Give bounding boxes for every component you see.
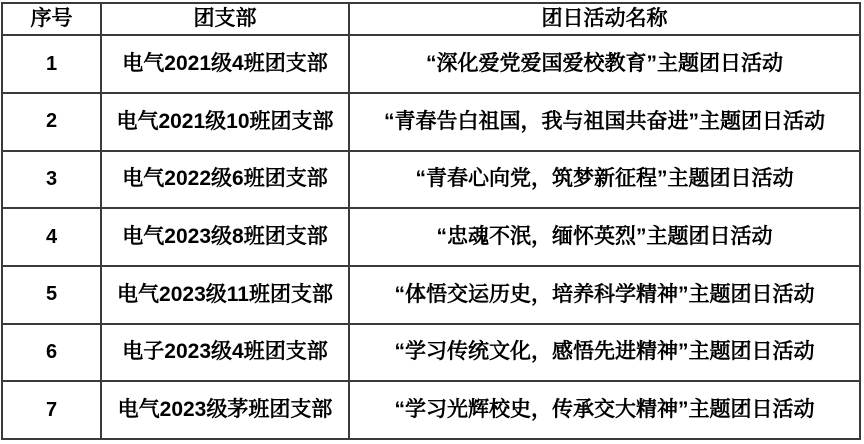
- cell-activity: “青春告白祖国，我与祖国共奋进”主题团日活动: [349, 93, 860, 151]
- cell-branch: 电气2021级4班团支部: [101, 35, 349, 93]
- header-row: 序号 团支部 团日活动名称: [2, 3, 860, 35]
- table-row: 1 电气2021级4班团支部 “深化爱党爱国爱校教育”主题团日活动: [2, 35, 860, 93]
- table-row: 2 电气2021级10班团支部 “青春告白祖国，我与祖国共奋进”主题团日活动: [2, 93, 860, 151]
- table-row: 4 电气2023级8班团支部 “忠魂不泯，缅怀英烈”主题团日活动: [2, 208, 860, 266]
- cell-branch: 电气2023级11班团支部: [101, 266, 349, 324]
- cell-activity: “忠魂不泯，缅怀英烈”主题团日活动: [349, 208, 860, 266]
- cell-branch: 电气2023级茅班团支部: [101, 381, 349, 439]
- cell-index: 1: [2, 35, 101, 93]
- table-row: 7 电气2023级茅班团支部 “学习光辉校史，传承交大精神”主题团日活动: [2, 381, 860, 439]
- table-row: 5 电气2023级11班团支部 “体悟交运历史，培养科学精神”主题团日活动: [2, 266, 860, 324]
- cell-index: 6: [2, 324, 101, 382]
- cell-activity: “深化爱党爱国爱校教育”主题团日活动: [349, 35, 860, 93]
- header-activity: 团日活动名称: [349, 3, 860, 35]
- cell-activity: “学习光辉校史，传承交大精神”主题团日活动: [349, 381, 860, 439]
- cell-index: 3: [2, 151, 101, 209]
- header-index: 序号: [2, 3, 101, 35]
- cell-branch: 电气2022级6班团支部: [101, 151, 349, 209]
- cell-index: 7: [2, 381, 101, 439]
- table-row: 3 电气2022级6班团支部 “青春心向党，筑梦新征程”主题团日活动: [2, 151, 860, 209]
- cell-branch: 电气2021级10班团支部: [101, 93, 349, 151]
- league-day-activities-table: 序号 团支部 团日活动名称 1 电气2021级4班团支部 “深化爱党爱国爱校教育…: [1, 2, 861, 440]
- cell-activity: “青春心向党，筑梦新征程”主题团日活动: [349, 151, 860, 209]
- table-row: 6 电子2023级4班团支部 “学习传统文化，感悟先进精神”主题团日活动: [2, 324, 860, 382]
- cell-activity: “体悟交运历史，培养科学精神”主题团日活动: [349, 266, 860, 324]
- header-branch: 团支部: [101, 3, 349, 35]
- cell-index: 4: [2, 208, 101, 266]
- cell-branch: 电气2023级8班团支部: [101, 208, 349, 266]
- cell-index: 5: [2, 266, 101, 324]
- cell-activity: “学习传统文化，感悟先进精神”主题团日活动: [349, 324, 860, 382]
- cell-index: 2: [2, 93, 101, 151]
- cell-branch: 电子2023级4班团支部: [101, 324, 349, 382]
